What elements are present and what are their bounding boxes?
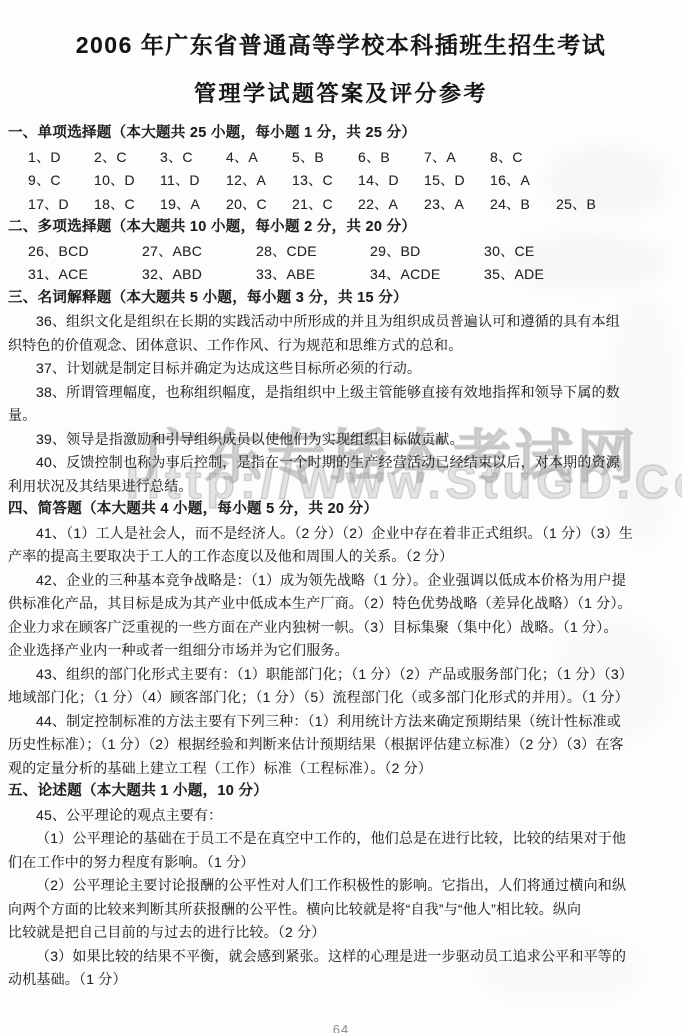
answer-cell: 29、BD	[370, 240, 484, 264]
answer-cell: 7、A	[424, 146, 490, 170]
answer-cell: 9、C	[28, 169, 94, 193]
answer-cell: 22、A	[358, 193, 424, 217]
answer-cell: 20、C	[226, 193, 292, 217]
answer-cell: 10、D	[94, 169, 160, 193]
answer-cell: 33、ABE	[256, 263, 370, 287]
answer-cell: 34、ACDE	[370, 263, 484, 287]
answer-cell: 2、C	[94, 146, 160, 170]
answer-cell: 5、B	[292, 146, 358, 170]
answer-cell: 17、D	[28, 193, 94, 217]
single-choice-answer-row-3: 17、D 18、C 19、A 20、C 21、C 22、A 23、A 24、B …	[8, 193, 674, 217]
answer-paragraph-45-point2: （2）公平理论主要讨论报酬的公平性对人们工作积极性的影响。它指出，人们将通过横向…	[8, 874, 674, 945]
answer-cell: 1、D	[28, 146, 94, 170]
answer-cell: 25、B	[556, 193, 596, 217]
multi-choice-answer-row-1: 26、BCD 27、ABC 28、CDE 29、BD 30、CE	[8, 240, 674, 264]
answer-paragraph-45-point3: （3）如果比较的结果不平衡，就会感到紧张。这样的心理是进一步驱动员工追求公平和平…	[8, 945, 674, 992]
answer-paragraph-37: 37、计划就是制定目标并确定为达成这些目标所必须的行动。	[8, 357, 674, 381]
section-heading-multi-choice: 二、多项选择题（本大题共 10 小题，每小题 2 分，共 20 分）	[8, 216, 674, 240]
answer-paragraph-41: 41、（1）工人是社会人，而不是经济人。（2 分）（2）企业中存在着非正式组织。…	[8, 522, 674, 569]
answer-cell: 21、C	[292, 193, 358, 217]
answer-cell: 12、A	[226, 169, 292, 193]
section-heading-definitions: 三、名词解释题（本大题共 5 小题，每小题 3 分，共 15 分）	[8, 287, 674, 311]
answer-paragraph-39: 39、领导是指激励和引导组织成员以使他们为实现组织目标做贡献。	[8, 428, 674, 452]
answer-cell: 30、CE	[484, 240, 535, 264]
answer-paragraph-40: 40、反馈控制也称为事后控制，是指在一个时期的生产经营活动已经结束以后，对本期的…	[8, 451, 674, 498]
answer-cell: 24、B	[490, 193, 556, 217]
answer-cell: 13、C	[292, 169, 358, 193]
section-heading-single-choice: 一、单项选择题（本大题共 25 小题，每小题 1 分，共 25 分）	[8, 122, 674, 146]
answer-cell: 4、A	[226, 146, 292, 170]
document-content: 2006 年广东省普通高等学校本科插班生招生考试 管理学试题答案及评分参考 一、…	[0, 0, 682, 992]
answer-cell: 23、A	[424, 193, 490, 217]
answer-cell: 35、ADE	[484, 263, 544, 287]
answer-paragraph-44: 44、制定控制标准的方法主要有下列三种：（1）利用统计方法来确定预期结果（统计性…	[8, 710, 674, 781]
document-subtitle: 管理学试题答案及评分参考	[8, 77, 674, 108]
answer-cell: 6、B	[358, 146, 424, 170]
answer-cell: 8、C	[490, 146, 523, 170]
answer-cell: 31、ACE	[28, 263, 142, 287]
page-number: 64	[0, 1022, 682, 1033]
answer-paragraph-45-intro: 45、公平理论的观点主要有：	[8, 804, 674, 828]
answer-paragraph-43: 43、组织的部门化形式主要有：（1）职能部门化；（1 分）（2）产品或服务部门化…	[8, 663, 674, 710]
answer-cell: 15、D	[424, 169, 490, 193]
answer-cell: 28、CDE	[256, 240, 370, 264]
answer-cell: 26、BCD	[28, 240, 142, 264]
answer-cell: 18、C	[94, 193, 160, 217]
section-heading-essay: 五、论述题（本大题共 1 小题，10 分）	[8, 780, 674, 804]
single-choice-answer-row-2: 9、C 10、D 11、D 12、A 13、C 14、D 15、D 16、A	[8, 169, 674, 193]
answer-cell: 32、ABD	[142, 263, 256, 287]
answer-cell: 3、C	[160, 146, 226, 170]
answer-cell: 19、A	[160, 193, 226, 217]
answer-cell: 11、D	[160, 169, 226, 193]
answer-paragraph-38: 38、所谓管理幅度，也称组织幅度，是指组织中上级主管能够直接有效地指挥和领导下属…	[8, 381, 674, 428]
answer-cell: 16、A	[490, 169, 530, 193]
multi-choice-answer-row-2: 31、ACE 32、ABD 33、ABE 34、ACDE 35、ADE	[8, 263, 674, 287]
answer-cell: 14、D	[358, 169, 424, 193]
document-page: 广东专插本考试网 Http://Www.StuGD.Com 2006 年广东省普…	[0, 0, 682, 1033]
section-heading-short-answer: 四、简答题（本大题共 4 小题，每小题 5 分，共 20 分）	[8, 498, 674, 522]
answer-paragraph-45-point1: （1）公平理论的基础在于员工不是在真空中工作的，他们总是在进行比较，比较的结果对…	[8, 827, 674, 874]
answer-paragraph-36: 36、组织文化是组织在长期的实践活动中所形成的并且为组织成员普遍认可和遵循的具有…	[8, 310, 674, 357]
document-title: 2006 年广东省普通高等学校本科插班生招生考试	[8, 27, 674, 60]
answer-paragraph-42: 42、企业的三种基本竞争战略是：（1）成为领先战略（1 分）。企业强调以低成本价…	[8, 569, 674, 663]
single-choice-answer-row-1: 1、D 2、C 3、C 4、A 5、B 6、B 7、A 8、C	[8, 146, 674, 170]
answer-cell: 27、ABC	[142, 240, 256, 264]
